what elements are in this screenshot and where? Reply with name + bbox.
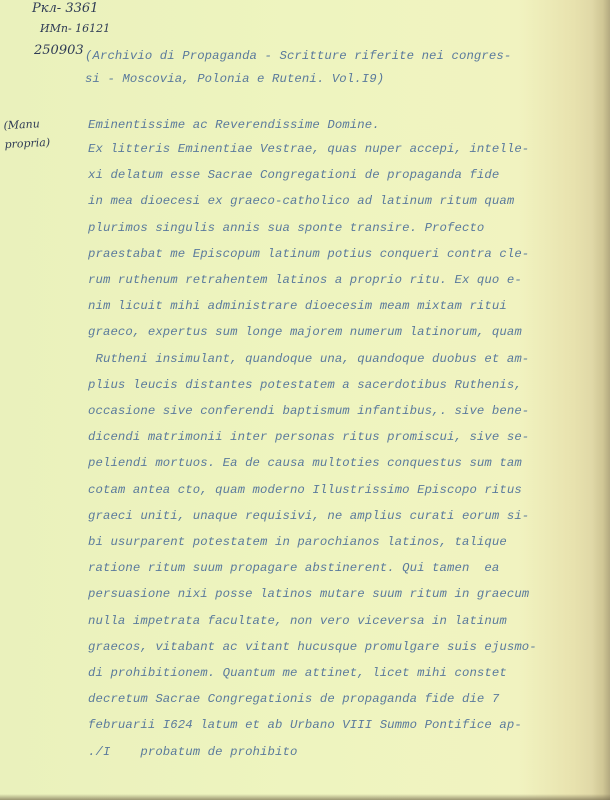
letter-line: plurimos singulis annis sua sponte trans… <box>88 221 484 235</box>
letter-line: nim licuit mihi administrare dioecesim m… <box>88 299 507 313</box>
archive-header-line-2: si - Moscovia, Polonia e Ruteni. Vol.I9) <box>85 72 384 86</box>
letter-line: occasione sive conferendi baptismum infa… <box>88 404 529 418</box>
handwritten-margin-note: (Manu propria) <box>3 114 51 154</box>
letter-line: persuasione nixi posse latinos mutare su… <box>88 587 529 601</box>
letter-line: decretum Sacrae Congregationis de propag… <box>88 692 499 706</box>
handwritten-reference-3: 250903 <box>34 44 84 58</box>
letter-line: in mea dioecesi ex graeco-catholico ad l… <box>88 194 514 208</box>
archive-header-line-1: (Archivio di Propaganda - Scritture rife… <box>85 49 511 63</box>
letter-line: plius leucis distantes potestatem a sace… <box>88 378 522 392</box>
handwritten-reference-1: Ркл- 3361 <box>32 2 98 16</box>
letter-line: bi usurparent potestatem in parochianos … <box>88 535 507 549</box>
letter-line: ./I probatum de prohibito <box>88 745 297 759</box>
letter-line: praestabat me Episcopum latinum potius c… <box>88 247 529 261</box>
letter-line: Ex litteris Eminentiae Vestrae, quas nup… <box>88 142 529 156</box>
letter-line: dicendi matrimonii inter personas ritus … <box>88 430 529 444</box>
letter-salutation: Eminentissime ac Reverendissime Domine. <box>88 118 380 132</box>
letter-line: di prohibitionem. Quantum me attinet, li… <box>88 666 507 680</box>
letter-line: rum ruthenum retrahentem latinos a propr… <box>88 273 522 287</box>
letter-line: graecos, vitabant ac vitant hucusque pro… <box>88 640 537 654</box>
document-page: Ркл- 3361 ИМп- 16121 250903 (Manu propri… <box>0 0 610 800</box>
letter-line: ratione ritum suum propagare abstinerent… <box>88 561 499 575</box>
letter-line: graeci uniti, unaque requisivi, ne ampli… <box>88 509 529 523</box>
letter-line: graeco, expertus sum longe majorem numer… <box>88 325 522 339</box>
page-edge-shadow <box>592 0 610 800</box>
letter-line: xi delatum esse Sacrae Congregationi de … <box>88 168 499 182</box>
handwritten-reference-2: ИМп- 16121 <box>40 22 110 36</box>
letter-line: Rutheni insimulant, quandoque una, quand… <box>88 352 529 366</box>
letter-line: cotam antea cto, quam moderno Illustriss… <box>88 483 522 497</box>
letter-line: nulla impetrata facultate, non vero vice… <box>88 614 507 628</box>
page-bottom-edge <box>0 794 610 800</box>
letter-line: peliendi mortuos. Ea de causa multoties … <box>88 456 522 470</box>
letter-line: februarii I624 latum et ab Urbano VIII S… <box>88 718 522 732</box>
